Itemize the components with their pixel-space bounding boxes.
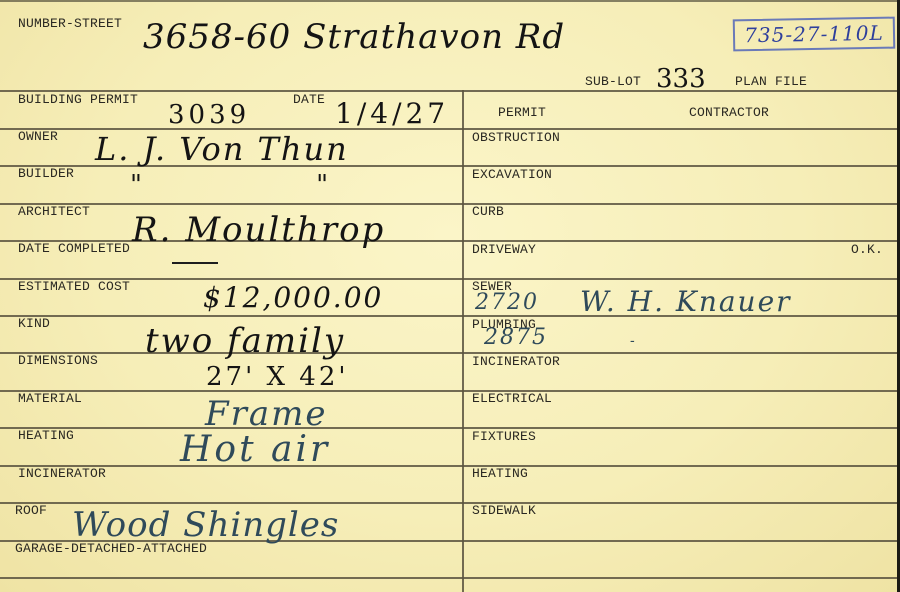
builder-label: BUILDER — [18, 167, 74, 180]
row-divider — [0, 465, 897, 467]
architect-label: ARCHITECT — [18, 205, 90, 218]
sewer-contractor-value: W. H. Knauer — [580, 288, 792, 316]
sewer-permit-value: 2720 — [475, 292, 539, 314]
dimensions-value: 27' X 42' — [206, 364, 349, 390]
permit-column-header: PERMIT — [498, 106, 546, 119]
heating-permit-label: HEATING — [472, 467, 528, 480]
architect-value: R. Moulthrop — [132, 213, 385, 247]
row-divider — [0, 278, 897, 280]
dimensions-label: DIMENSIONS — [18, 354, 98, 367]
column-divider — [462, 90, 464, 592]
heating-label: HEATING — [18, 429, 74, 442]
row-divider — [0, 502, 897, 504]
driveway-status: O.K. — [851, 243, 883, 256]
garage-label: GARAGE-DETACHED-ATTACHED — [15, 542, 207, 555]
plumbing-permit-value: 2875 — [484, 327, 548, 349]
building-permit-value: 3039 — [168, 102, 250, 128]
roof-label: ROOF — [15, 504, 47, 517]
sub-lot-value: 333 — [656, 66, 706, 92]
driveway-label: DRIVEWAY — [472, 243, 536, 256]
kind-label: KIND — [18, 317, 50, 330]
row-divider — [0, 390, 897, 392]
kind-value: two family — [145, 324, 345, 358]
material-value: Frame — [205, 397, 327, 431]
date-completed-dash — [172, 262, 218, 264]
excavation-label: EXCAVATION — [472, 168, 552, 181]
owner-label: OWNER — [18, 130, 58, 143]
curb-label: CURB — [472, 205, 504, 218]
number-street-label: NUMBER-STREET — [18, 17, 122, 30]
incinerator-permit-label: INCINERATOR — [472, 355, 560, 368]
obstruction-label: OBSTRUCTION — [472, 131, 560, 144]
row-divider — [0, 427, 897, 429]
roof-value: Wood Shingles — [72, 508, 339, 542]
card-top-edge — [0, 0, 900, 2]
estimated-cost-label: ESTIMATED COST — [18, 280, 130, 293]
sidewalk-label: SIDEWALK — [472, 504, 536, 517]
date-completed-label: DATE COMPLETED — [18, 242, 130, 255]
permit-card: NUMBER-STREET 3658-60 Strathavon Rd 735-… — [0, 0, 897, 592]
building-permit-label: BUILDING PERMIT — [18, 93, 138, 106]
date-label: DATE — [293, 93, 325, 106]
row-divider — [0, 352, 897, 354]
owner-value: L. J. Von Thun — [95, 133, 349, 165]
incinerator-label: INCINERATOR — [18, 467, 106, 480]
sub-lot-label: SUB-LOT — [585, 75, 641, 88]
estimated-cost-value: $12,000.00 — [203, 284, 383, 312]
fixtures-label: FIXTURES — [472, 430, 536, 443]
builder-value: " " — [130, 172, 340, 198]
row-divider — [0, 577, 897, 579]
heating-value: Hot air — [180, 432, 330, 468]
row-divider — [0, 203, 897, 205]
electrical-label: ELECTRICAL — [472, 392, 552, 405]
file-number-stamp: 735-27-110L — [733, 17, 896, 52]
contractor-column-header: CONTRACTOR — [689, 106, 769, 119]
address-value: 3658-60 Strathavon Rd — [143, 20, 565, 54]
plumbing-contractor-value: - — [630, 334, 635, 348]
material-label: MATERIAL — [18, 392, 82, 405]
plan-file-label: PLAN FILE — [735, 75, 807, 88]
date-value: 1/4/27 — [335, 100, 449, 128]
